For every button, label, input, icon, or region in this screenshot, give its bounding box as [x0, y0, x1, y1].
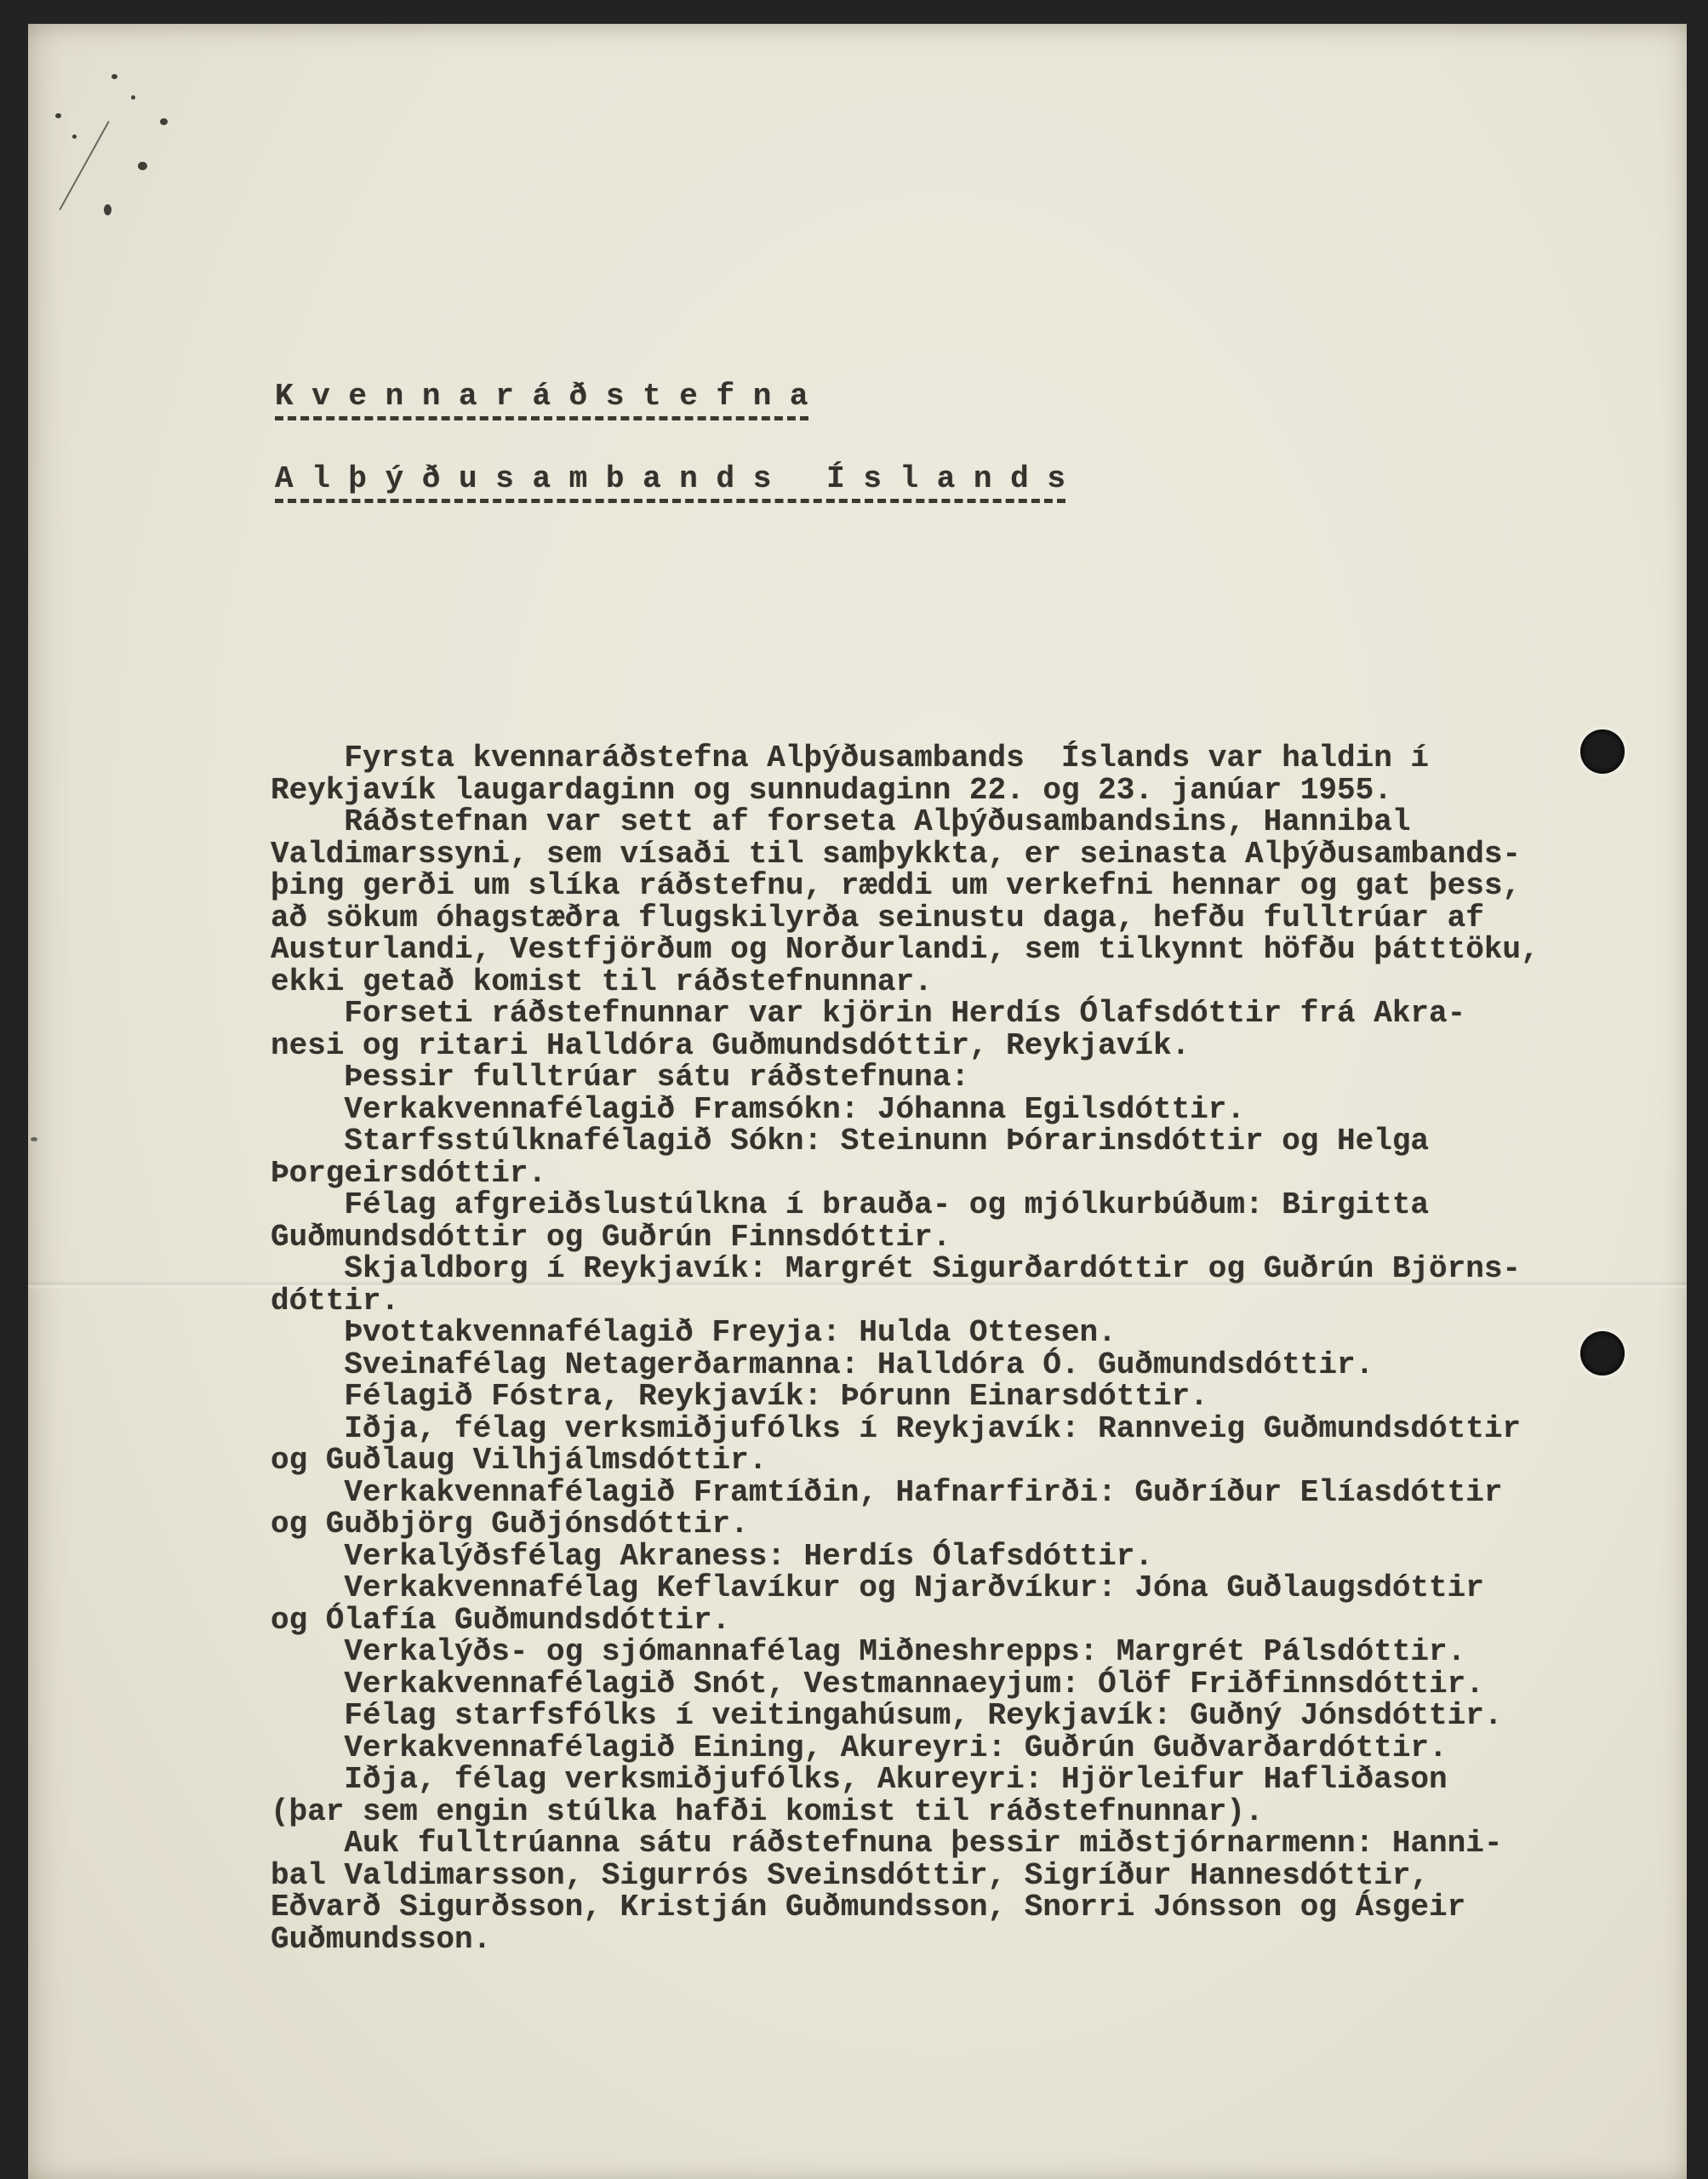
document-title-line-1: K v e n n a r á ð s t e f n a [275, 380, 808, 420]
text-line: Verkakvennafélagið Framtíðin, Hafnarfirð… [271, 1477, 1539, 1509]
text-line: Sveinafélag Netagerðarmanna: Halldóra Ó.… [271, 1349, 1539, 1381]
text-line: Eðvarð Sigurðsson, Kristján Guðmundsson,… [271, 1891, 1539, 1924]
scan-background: K v e n n a r á ð s t e f n a A l þ ý ð … [0, 0, 1708, 2179]
text-line: Verkakvennafélag Keflavíkur og Njarðvíku… [271, 1572, 1539, 1604]
text-line: Forseti ráðstefnunnar var kjörin Herdís … [271, 998, 1539, 1030]
text-line: Iðja, félag verksmiðjufólks í Reykjavík:… [271, 1413, 1539, 1445]
text-line: Þessir fulltrúar sátu ráðstefnuna: [271, 1061, 1539, 1094]
text-line: bal Valdimarsson, Sigurrós Sveinsdóttir,… [271, 1860, 1539, 1892]
text-line: Skjaldborg í Reykjavík: Margrét Sigurðar… [271, 1253, 1539, 1285]
text-line: og Guðlaug Vilhjálmsdóttir. [271, 1444, 1539, 1477]
text-line: Verkalýðsfélag Akraness: Herdís Ólafsdót… [271, 1541, 1539, 1573]
text-line: og Ólafía Guðmundsdóttir. [271, 1604, 1539, 1637]
text-line: Reykjavík laugardaginn og sunnudaginn 22… [271, 775, 1539, 807]
text-line: Verkakvennafélagið Snót, Vestmannaeyjum:… [271, 1668, 1539, 1701]
text-line: (þar sem engin stúlka hafði komist til r… [271, 1796, 1539, 1828]
ink-speck [31, 1137, 37, 1141]
ink-speck [160, 118, 168, 125]
ink-speck [131, 95, 135, 100]
text-line: Verkalýðs- og sjómannafélag Miðneshrepps… [271, 1636, 1539, 1668]
text-line: Auk fulltrúanna sátu ráðstefnuna þessir … [271, 1827, 1539, 1860]
text-line: Þorgeirsdóttir. [271, 1158, 1539, 1190]
text-line: dóttir. [271, 1285, 1539, 1318]
text-line: Ráðstefnan var sett af forseta Alþýðusam… [271, 806, 1539, 838]
ink-speck [104, 204, 111, 215]
text-line: ekki getað komist til ráðstefnunnar. [271, 966, 1539, 998]
punch-hole-top [1580, 729, 1625, 774]
text-line: Þvottakvennafélagið Freyja: Hulda Ottese… [271, 1317, 1539, 1349]
text-line: þing gerði um slíka ráðstefnu, ræddi um … [271, 870, 1539, 902]
text-line: nesi og ritari Halldóra Guðmundsdóttir, … [271, 1030, 1539, 1062]
text-line: Félagið Fóstra, Reykjavík: Þórunn Einars… [271, 1381, 1539, 1413]
text-line: Verkakvennafélagið Eining, Akureyri: Guð… [271, 1732, 1539, 1764]
text-line: að sökum óhagstæðra flugskilyrða seinust… [271, 902, 1539, 935]
punch-hole-bottom [1580, 1331, 1625, 1375]
text-line: Guðmundsson. [271, 1924, 1539, 1956]
document-title-line-2: A l þ ý ð u s a m b a n d s Í s l a n d … [275, 462, 1065, 503]
ink-speck [138, 162, 147, 170]
text-line: Verkakvennafélagið Framsókn: Jóhanna Egi… [271, 1094, 1539, 1126]
text-line: Austurlandi, Vestfjörðum og Norðurlandi,… [271, 934, 1539, 966]
text-line: Félag afgreiðslustúlkna í brauða- og mjó… [271, 1189, 1539, 1221]
text-line: Guðmundsdóttir og Guðrún Finnsdóttir. [271, 1221, 1539, 1254]
ink-speck [55, 113, 61, 118]
ink-speck [72, 134, 77, 139]
ink-speck [111, 74, 117, 79]
document-body: Fyrsta kvennaráðstefna Alþýðusambands Ís… [271, 742, 1539, 1955]
text-line: og Guðbjörg Guðjónsdóttir. [271, 1508, 1539, 1541]
text-line: Félag starfsfólks í veitingahúsum, Reykj… [271, 1700, 1539, 1732]
text-line: Iðja, félag verksmiðjufólks, Akureyri: H… [271, 1764, 1539, 1796]
text-line: Starfsstúlknafélagið Sókn: Steinunn Þóra… [271, 1125, 1539, 1158]
text-line: Fyrsta kvennaráðstefna Alþýðusambands Ís… [271, 742, 1539, 775]
text-line: Valdimarssyni, sem vísaði til samþykkta,… [271, 838, 1539, 871]
